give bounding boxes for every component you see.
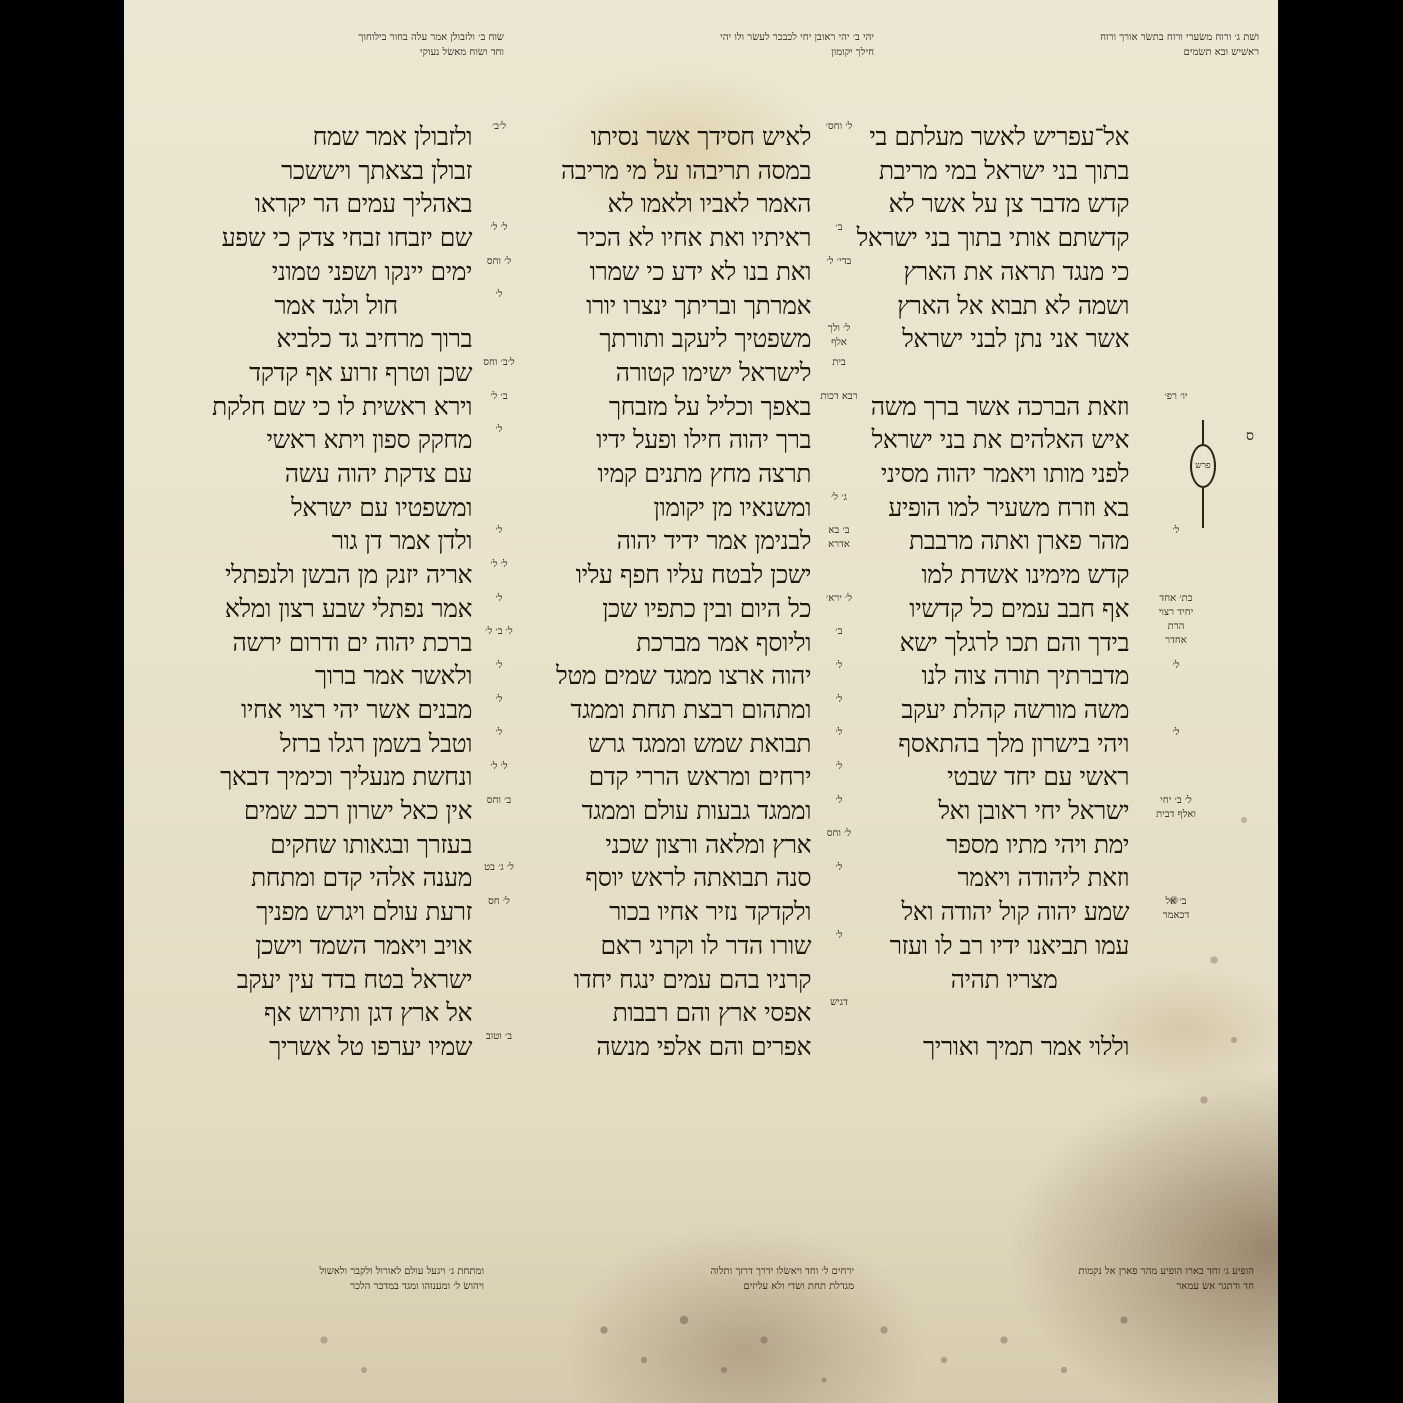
masorah-note: ל׳ב׳	[479, 120, 519, 154]
text-line: אל־עפריש לאשר מעלתם בי	[879, 120, 1129, 154]
text-line: קרניו בהם עמים ינגח יחדו	[539, 963, 811, 997]
masorah-note: ל׳	[819, 794, 859, 828]
masorah-note	[479, 322, 519, 356]
masorah-note: ל׳ ב׳ יחי ואלף דבית	[1156, 794, 1196, 828]
text-line: ואת בנו לא ידע כי שמרו	[539, 255, 811, 289]
text-line: אף חבב עמים כל קדשיו	[879, 592, 1129, 626]
masorah-margin-middle: ל׳ וחס׳ב׳בדי׳ ל׳ל׳ ולך אלףביתרבא דכותג׳ …	[819, 120, 859, 1063]
text-line: אמרתך ובריתך ינצרו יורו	[539, 289, 811, 323]
text-line: ימת ויהי מתיו מספר	[879, 828, 1129, 862]
masorah-note: ל׳ ל׳	[479, 760, 519, 794]
text-line: חול ולגד אמר	[200, 289, 472, 323]
masorah-note: ל׳	[479, 288, 519, 322]
masorah-note: ג׳ ל׳	[819, 491, 859, 525]
text-line	[879, 356, 1129, 390]
masorah-note	[1156, 962, 1196, 996]
masorah-note: ל׳	[479, 726, 519, 760]
text-line: בעזרך ובגאותו שחקים	[200, 828, 472, 862]
masorah-note	[819, 558, 859, 592]
text-line: ברך יהוה חילו ופעל ידיו	[539, 423, 811, 457]
text-line: ימים יינקו ושפני טמוני	[200, 255, 472, 289]
text-line: לאיש חסידך אשר נסיתו	[539, 120, 811, 154]
masorah-margin-right: יו׳ רפ׳ל׳כת׳ אחד יחיד רצוי הרת אחדרל׳ל׳ל…	[1156, 120, 1196, 1063]
masorah-note: ל׳	[479, 659, 519, 693]
text-line: ולקדקד נזיר אחיו בכור	[539, 895, 811, 929]
masorah-note: ב׳ בא אדרא	[819, 524, 859, 558]
parashah-label: פרש	[1190, 444, 1216, 488]
masorah-note	[479, 154, 519, 188]
masorah-note	[819, 1030, 859, 1064]
masorah-note	[1156, 255, 1196, 289]
masorah-note	[819, 187, 859, 221]
text-line: מדברתיך תורה צוה לנו	[879, 659, 1129, 693]
text-line: לבנימן אמר ידיד יהוה	[539, 524, 811, 558]
text-line: בידך והם תכו לרגלך ישא	[879, 626, 1129, 660]
masorah-note	[1156, 1030, 1196, 1064]
text-line: מצריו תהיה	[879, 963, 1129, 997]
text-line: שכן וטרף זרוע אף קדקד	[200, 356, 472, 390]
masorah-note	[819, 288, 859, 322]
masorah-note: ל׳	[819, 659, 859, 693]
text-line: וירא ראשית לו כי שם חלקת	[200, 390, 472, 424]
masorah-note	[1156, 929, 1196, 963]
masorah-note	[479, 996, 519, 1030]
lower-note-middle: ירחים ל׳ וחד ויאשׂלו ידרך דרזך ותלוה מגד…	[524, 1264, 854, 1294]
upper-note-middle: יהי ב׳ יהי ראובן יחי לכבכר לעשׂר ולו יהי…	[544, 30, 874, 60]
text-line: משפטיך ליעקב ותורתך	[539, 322, 811, 356]
text-line: ירחים ומראש הררי קדם	[539, 760, 811, 794]
masorah-note: ל׳	[479, 693, 519, 727]
masorah-note: ב׳ אל דכאמר	[1156, 895, 1196, 929]
text-line: איש האלהים את בני ישראל	[879, 423, 1129, 457]
text-line: ישכן לבטח עליו חפף עליו	[539, 558, 811, 592]
text-line: אשר אני נתן לבני ישראל	[879, 322, 1129, 356]
text-column-right: אל־עפריש לאשר מעלתם ביבתוך בני ישראל במי…	[879, 120, 1129, 1064]
text-line: ברכת יהוה ים ודרום ירשה	[200, 626, 472, 660]
text-column-left: ולזבולן אמר שמחזבולן בצאתך ויששכרבאהליך …	[200, 120, 472, 1064]
masorah-margin-left: ל׳ב׳ל׳ ל׳ל׳ וחסל׳ל׳ב׳ וחסב׳ ל׳ל׳ל׳ל׳ ל׳ל…	[479, 120, 519, 1063]
text-line: וללוי אמר תמיך ואוריך	[879, 1030, 1129, 1064]
masorah-note	[1156, 693, 1196, 727]
text-line: מבנים אשר יהי רצוי אחיו	[200, 693, 472, 727]
masorah-note: ל׳ ירא׳	[819, 592, 859, 626]
text-line: שורו הדר לו וקרני ראם	[539, 929, 811, 963]
masorah-note	[1156, 120, 1196, 154]
text-line: אפסי ארץ והם רבבות	[539, 996, 811, 1030]
text-line: שם יזבחו זבחי צדק כי שפע	[200, 221, 472, 255]
text-line: וליוסף אמר מברכת	[539, 626, 811, 660]
masorah-note: ל׳ וחס׳	[819, 120, 859, 154]
masorah-note: ל׳ וחס	[819, 827, 859, 861]
masorah-note: ל׳ ל׳	[479, 221, 519, 255]
text-line: סנה תבואתה לראש יוסף	[539, 861, 811, 895]
masorah-note	[819, 457, 859, 491]
masorah-note: ל׳ ב׳ ל׳	[479, 625, 519, 659]
text-line: ונחשת מנעליך וכימיך דבאך	[200, 760, 472, 794]
masorah-note	[819, 154, 859, 188]
masorah-note	[1156, 221, 1196, 255]
masorah-note: ל׳	[479, 423, 519, 457]
masorah-note	[1156, 760, 1196, 794]
masorah-note: ל׳ חס	[479, 895, 519, 929]
text-line: כי מנגד תראה את הארץ	[879, 255, 1129, 289]
masorah-note: ל׳	[819, 726, 859, 760]
masorah-note	[479, 929, 519, 963]
text-line: בא וזרח משעיר למו הופיע	[879, 491, 1129, 525]
text-line: זבולן בצאתך ויששכר	[200, 154, 472, 188]
text-line	[879, 996, 1129, 1030]
text-line: שמיו יערפו טל אשריך	[200, 1030, 472, 1064]
parashah-marker: פרש	[1190, 420, 1216, 528]
masorah-note	[1156, 356, 1196, 390]
text-line: מהר פארן ואתה מרבבת	[879, 524, 1129, 558]
upper-note-left: שׂוח ב׳ ולזבולן אמר עלה בחור בילוחוך וחד…	[204, 30, 504, 60]
masorah-note: ל׳	[819, 929, 859, 963]
text-line: האמר לאביו ולאמו לא	[539, 187, 811, 221]
text-line: עם צדקת יהוה עשה	[200, 457, 472, 491]
text-line: ברוך מרחיב גד כלביא	[200, 322, 472, 356]
text-line: יהוה ארצו ממגד שמים מטל	[539, 659, 811, 693]
masorah-note: ב׳ וטוב	[479, 1030, 519, 1064]
masorah-note: ל׳	[819, 760, 859, 794]
masorah-note: ל׳	[1156, 524, 1196, 558]
text-line: אין כאל ישרון רכב שמים	[200, 794, 472, 828]
masorah-note: ב׳ וחס	[479, 794, 519, 828]
lower-note-left: ומתחת ג׳ ויגעל עולם לאורול ולקבר ולאשול …	[174, 1264, 484, 1294]
text-line: זרעת עולם ויגרש מפניך	[200, 895, 472, 929]
text-line: לישראל ישימו קטורה	[539, 356, 811, 390]
lower-note-right: הופיע ג׳ וחד בארו הופיע מהר פארן אל נקמו…	[864, 1264, 1254, 1294]
text-line: קדשתם אותי בתוך בני ישראל	[879, 221, 1129, 255]
text-line: באפך וכליל על מזבחך	[539, 390, 811, 424]
masorah-note: רבא דכות	[819, 390, 859, 424]
masorah-note	[1156, 288, 1196, 322]
text-column-middle: לאיש חסידך אשר נסיתובמסה תריבהו על מי מר…	[539, 120, 811, 1064]
text-line: ומשנאיו מן יקומון	[539, 491, 811, 525]
masorah-note	[1156, 861, 1196, 895]
text-line: ראיתיו ואת אחיו לא הכיר	[539, 221, 811, 255]
masorah-note: ל׳ ולך אלף	[819, 322, 859, 356]
masorah-note: ל׳ וחס	[479, 255, 519, 289]
text-line: אויב ויאמר השמד וישכן	[200, 929, 472, 963]
text-line: וזאת ליהודה ויאמר	[879, 861, 1129, 895]
text-line: בתוך בני ישראל במי מריבת	[879, 154, 1129, 188]
text-line: ויהי בישרון מלך בהתאסף	[879, 727, 1129, 761]
masorah-note	[819, 962, 859, 996]
masorah-note	[479, 962, 519, 996]
masorah-note	[819, 423, 859, 457]
masorah-note	[1156, 558, 1196, 592]
masorah-note	[1156, 154, 1196, 188]
text-line: קדש מדבר צן על אשר לא	[879, 187, 1129, 221]
text-line: וממגד גבעות עולם וממגד	[539, 794, 811, 828]
masorah-note	[479, 491, 519, 525]
text-line: כל היום ובין כתפיו שכן	[539, 592, 811, 626]
seder-marker: ס	[1246, 428, 1254, 445]
upper-note-right: ושׁת ג׳ ורוח משׂערי ורוח בתשׂר אורך ורוח…	[879, 30, 1259, 60]
text-line: קדש מימינו אשדת למו	[879, 558, 1129, 592]
text-line: ומשפטיו עם ישראל	[200, 491, 472, 525]
text-line: ושמה לא תבוא אל הארץ	[879, 289, 1129, 323]
masorah-note	[1156, 827, 1196, 861]
masorah-note: ב׳	[819, 625, 859, 659]
text-line: מחקק ספון ויתא ראשי	[200, 423, 472, 457]
masorah-note: ל׳	[479, 592, 519, 626]
masorah-note	[1156, 322, 1196, 356]
masorah-note: בית	[819, 356, 859, 390]
text-line: ולזבולן אמר שמח	[200, 120, 472, 154]
masorah-note: ב׳ ל׳	[479, 390, 519, 424]
text-line: ומתהום רבצת תחת וממגד	[539, 693, 811, 727]
masorah-note: ל׳ב׳ וחס	[479, 356, 519, 390]
text-line: ראשי עם יחד שבטי	[879, 760, 1129, 794]
text-line: אל ארץ דגן ותירוש אף	[200, 996, 472, 1030]
masorah-note: ל׳	[1156, 726, 1196, 760]
masorah-note: דגיש	[819, 996, 859, 1030]
masorah-note: בדי׳ ל׳	[819, 255, 859, 289]
text-line: אפרים והם אלפי מנשה	[539, 1030, 811, 1064]
masorah-note	[819, 895, 859, 929]
text-line: וטבל בשמן רגלו ברזל	[200, 727, 472, 761]
text-line: תרצה מחץ מתנים קמיו	[539, 457, 811, 491]
masorah-note	[1156, 996, 1196, 1030]
masorah-note: יו׳ רפ׳	[1156, 390, 1196, 424]
text-line: אמר נפתלי שבע רצון ומלא	[200, 592, 472, 626]
text-line: במסה תריבהו על מי מריבה	[539, 154, 811, 188]
text-line: ישראל בטח בדד עין יעקב	[200, 963, 472, 997]
masorah-note	[1156, 187, 1196, 221]
text-line: וזאת הברכה אשר ברך משה	[879, 390, 1129, 424]
text-line: אריה יזנק מן הבשן ולנפתלי	[200, 558, 472, 592]
text-line: לפני מותו ויאמר יהוה מסיני	[879, 457, 1129, 491]
text-line: תבואת שמש וממגד גרש	[539, 727, 811, 761]
masorah-note: ל׳	[479, 524, 519, 558]
masorah-note	[479, 457, 519, 491]
text-line: שמע יהוה קול יהודה ואל	[879, 895, 1129, 929]
masorah-note: ל׳	[819, 861, 859, 895]
text-line: באהליך עמים הר יקראו	[200, 187, 472, 221]
text-line: ולאשר אמר ברוך	[200, 659, 472, 693]
masorah-note	[479, 827, 519, 861]
text-line: מענה אלהי קדם ומתחת	[200, 861, 472, 895]
text-line: משה מורשה קהלת יעקב	[879, 693, 1129, 727]
text-line: ארץ ומלאה ורצון שכני	[539, 828, 811, 862]
masorah-note	[479, 187, 519, 221]
masorah-note: ל׳ ל׳	[479, 558, 519, 592]
masorah-note: ל׳ ג׳ בט	[479, 861, 519, 895]
masorah-note: ל׳	[1156, 659, 1196, 693]
manuscript-page: ושׁת ג׳ ורוח משׂערי ורוח בתשׂר אורך ורוח…	[124, 0, 1278, 1403]
masorah-note: ב׳	[819, 221, 859, 255]
text-line: עמו תביאנו ידיו רב לו ועזר	[879, 929, 1129, 963]
text-line: ישראל יחי ראובן ואל	[879, 794, 1129, 828]
masorah-note: כת׳ אחד יחיד רצוי הרת אחדר	[1156, 592, 1196, 626]
text-line: ולדן אמר דן גור	[200, 524, 472, 558]
masorah-note: ל׳	[819, 693, 859, 727]
